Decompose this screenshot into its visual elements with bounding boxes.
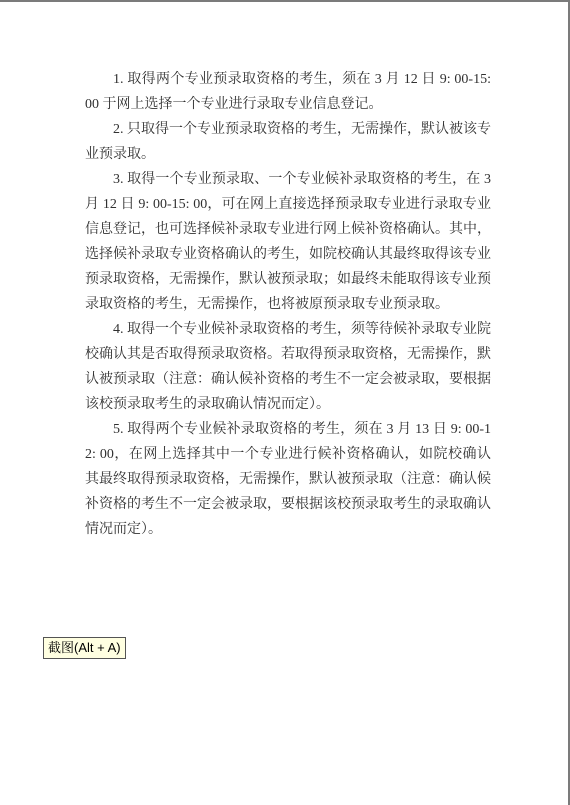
- document-paragraph: 4. 取得一个专业候补录取资格的考生，须等待候补录取专业院校确认其是否取得预录取…: [85, 317, 491, 417]
- document-paragraph: 1. 取得两个专业预录取资格的考生，须在 3 月 12 日 9: 00-15: …: [85, 67, 491, 117]
- screenshot-tooltip-label: 截图(Alt + A): [48, 640, 121, 655]
- screenshot-root: 1. 取得两个专业预录取资格的考生，须在 3 月 12 日 9: 00-15: …: [0, 0, 570, 805]
- window-frame-top-border: [0, 0, 570, 2]
- document-paragraph: 3. 取得一个专业预录取、一个专业候补录取资格的考生，在 3 月 12 日 9:…: [85, 167, 491, 317]
- screenshot-tooltip: 截图(Alt + A): [43, 637, 126, 659]
- document-paragraph: 2. 只取得一个专业预录取资格的考生，无需操作，默认被该专业预录取。: [85, 117, 491, 167]
- document-paragraph: 5. 取得两个专业候补录取资格的考生，须在 3 月 13 日 9: 00-12:…: [85, 417, 491, 542]
- document-page: 1. 取得两个专业预录取资格的考生，须在 3 月 12 日 9: 00-15: …: [85, 67, 491, 542]
